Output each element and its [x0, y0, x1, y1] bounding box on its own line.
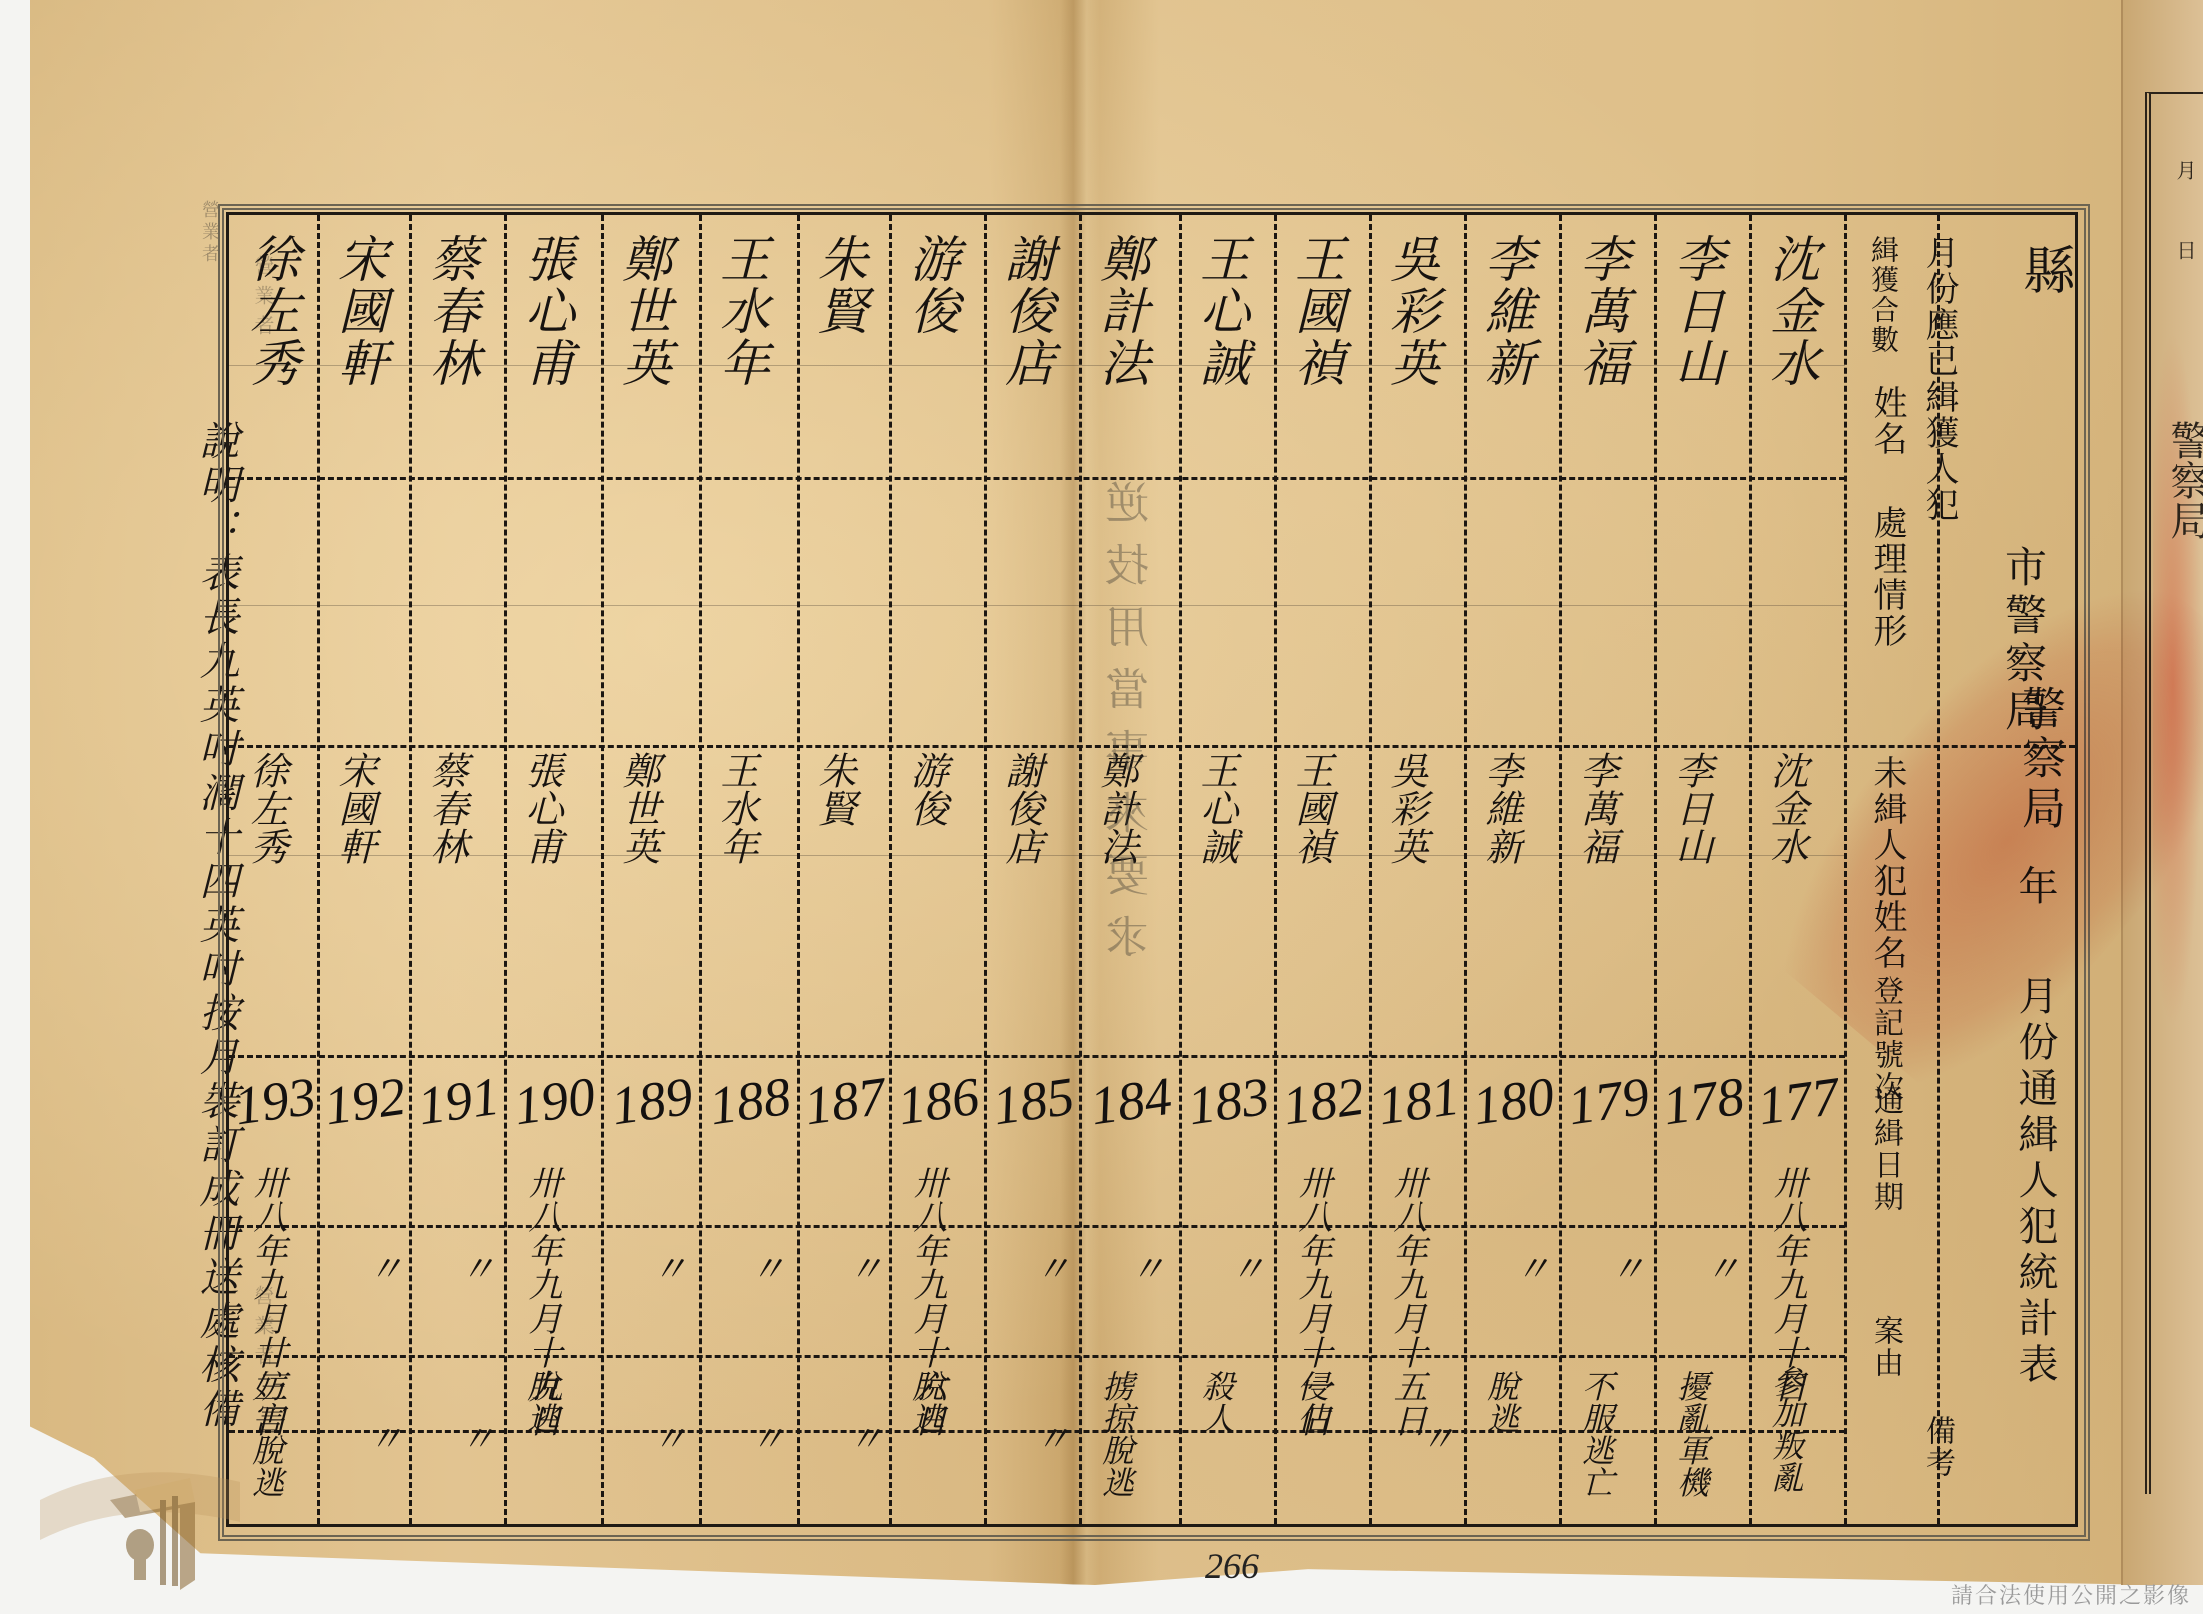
record-crime: 脫逃 — [1478, 1370, 1524, 1434]
record-name: 沈金水 — [1755, 233, 1827, 389]
record-reg-no: 177 — [1747, 1064, 1850, 1139]
header-wanted-date: 通緝日期 — [1863, 1085, 1907, 1213]
record-column: 宋國軒 宋國軒 192 〃 〃 — [317, 215, 409, 1524]
record-name: 蔡春林 — [415, 233, 487, 389]
record-name: 謝俊店 — [990, 233, 1062, 389]
record-crime: 不服逃亡 — [1573, 1370, 1619, 1498]
record-name: 王心誠 — [1185, 233, 1257, 389]
record-column: 朱賢 朱賢 187 〃 〃 — [797, 215, 889, 1524]
record-ditto: 〃 — [1219, 1250, 1270, 1292]
record-name-copy: 蔡春林 — [419, 751, 474, 865]
adjacent-label: 月 — [2171, 160, 2200, 180]
record-reg-no: 191 — [407, 1064, 510, 1139]
record-column: 李維新 李維新 180 〃 脫逃 — [1464, 215, 1559, 1524]
archive-logo-icon — [40, 1430, 240, 1590]
record-name: 朱賢 — [803, 233, 875, 337]
record-column: 謝俊店 謝俊店 185 〃 〃 — [984, 215, 1079, 1524]
mirrored-background-text: 逆技用當事來要求 — [1100, 480, 1160, 1300]
record-crime: 脫逃 — [518, 1370, 564, 1434]
record-column: 王心誠 王心誠 183 〃 殺人 — [1179, 215, 1274, 1524]
record-name-copy: 鄭世英 — [611, 751, 666, 865]
record-name: 王國禎 — [1280, 233, 1352, 389]
record-reg-no: 190 — [502, 1064, 607, 1139]
record-name: 李維新 — [1470, 233, 1542, 389]
record-name: 鄭世英 — [607, 233, 679, 389]
record-name-copy: 李維新 — [1474, 751, 1529, 865]
record-column: 徐左秀 徐左秀 193 卅八年九月廿三日 妨害脫逃 — [229, 215, 317, 1524]
record-reg-no: 183 — [1177, 1064, 1280, 1139]
record-column: 王水年 王水年 188 〃 〃 — [699, 215, 797, 1524]
record-name-copy: 游俊 — [899, 751, 954, 827]
record-reg-no: 182 — [1272, 1064, 1375, 1139]
record-reg-no: 188 — [697, 1063, 803, 1138]
record-ditto: 〃 — [357, 1250, 408, 1292]
record-reg-no: 179 — [1557, 1064, 1660, 1139]
record-name-copy: 朱賢 — [807, 751, 862, 827]
record-name: 張心甫 — [510, 233, 582, 389]
record-reg-no: 189 — [599, 1063, 705, 1138]
record-crime: 〃 — [449, 1420, 500, 1462]
record-ditto: 〃 — [1694, 1250, 1745, 1292]
record-crime: 擾亂軍機 — [1668, 1370, 1714, 1498]
record-reg-no: 192 — [315, 1064, 415, 1138]
record-name: 宋國軒 — [323, 233, 395, 389]
record-crime: 掳掠脫逃 — [1093, 1370, 1139, 1498]
record-column: 張心甫 張心甫 190 卅八年九月十九日 脫逃 — [504, 215, 601, 1524]
record-name: 李萬福 — [1565, 233, 1637, 389]
record-column: 李萬福 李萬福 179 〃 不服逃亡 — [1559, 215, 1654, 1524]
record-name: 游俊 — [895, 233, 967, 337]
header-monthly-due: 月份應已緝獲人犯 — [1915, 235, 1964, 523]
record-crime: 〃 — [357, 1420, 408, 1462]
record-reg-no: 180 — [1462, 1064, 1565, 1139]
record-column: 鄭世英 鄭世英 189 〃 〃 — [601, 215, 699, 1524]
record-name: 鄭計法 — [1085, 233, 1157, 389]
record-column: 李日山 李日山 178 〃 擾亂軍機 — [1654, 215, 1749, 1524]
record-ditto: 〃 — [449, 1250, 500, 1292]
record-crime: 〃 — [837, 1420, 888, 1462]
record-column: 王國禎 王國禎 182 卅八年九月十一日 侵佔 — [1274, 215, 1369, 1524]
record-crime: 殺人 — [1193, 1370, 1239, 1434]
header-captured-count: 緝獲合數 — [1863, 235, 1903, 355]
watermark: 請合法使用公開之影像 — [1951, 1579, 2191, 1610]
record-name-copy: 李萬福 — [1569, 751, 1624, 865]
title-province: 縣 — [2007, 243, 2082, 301]
record-column: 吳彩英 吳彩英 181 卅八年九月十五日 〃 — [1369, 215, 1464, 1524]
header-handling: 處理情形 — [1863, 505, 1912, 649]
record-crime: 參加叛亂 — [1763, 1365, 1809, 1493]
record-crime: 脫逃 — [903, 1370, 949, 1434]
record-ditto: 〃 — [1024, 1250, 1075, 1292]
record-name: 吳彩英 — [1375, 233, 1447, 389]
page-number: 266 — [1205, 1545, 1259, 1587]
record-reg-no: 181 — [1367, 1064, 1470, 1139]
record-column: 游俊 游俊 186 卅八年九月十六日 脫逃 — [889, 215, 984, 1524]
record-name-copy: 李日山 — [1664, 751, 1719, 865]
header-remarks: 備考 — [1915, 1415, 1959, 1479]
record-name-copy: 宋國軒 — [327, 751, 382, 865]
record-reg-no: 178 — [1652, 1064, 1755, 1139]
record-reg-no: 193 — [227, 1064, 323, 1138]
record-ditto: 〃 — [739, 1250, 790, 1292]
record-name: 徐左秀 — [235, 233, 307, 389]
record-name-copy: 徐左秀 — [239, 751, 294, 865]
record-ditto: 〃 — [641, 1250, 692, 1292]
record-reg-no: 187 — [795, 1064, 895, 1138]
record-ditto: 〃 — [1504, 1250, 1555, 1292]
record-crime: 妨害脫逃 — [243, 1370, 289, 1498]
record-crime: 〃 — [1409, 1420, 1460, 1462]
record-ditto: 〃 — [1599, 1250, 1650, 1292]
record-reg-no: 186 — [887, 1064, 990, 1139]
record-crime: 〃 — [739, 1420, 790, 1462]
record-date: 卅八年九月十五日 — [1383, 1165, 1432, 1437]
record-name-copy: 王國禎 — [1284, 751, 1339, 865]
record-crime: 〃 — [641, 1420, 692, 1462]
record-name: 李日山 — [1660, 233, 1732, 389]
record-name-copy: 王心誠 — [1189, 751, 1244, 865]
record-crime: 〃 — [1024, 1420, 1075, 1462]
header-case: 案由 — [1863, 1315, 1907, 1379]
adjacent-label: 警察局 — [2159, 420, 2203, 540]
record-name-copy: 沈金水 — [1759, 751, 1814, 865]
adjacent-label: 日 — [2171, 240, 2200, 260]
record-name-copy: 張心甫 — [514, 751, 569, 865]
record-reg-no: 185 — [982, 1064, 1085, 1139]
record-name-copy: 王水年 — [709, 751, 764, 865]
record-name: 王水年 — [705, 233, 777, 389]
record-column: 蔡春林 蔡春林 191 〃 〃 — [409, 215, 504, 1524]
record-ditto: 〃 — [837, 1250, 888, 1292]
header-name: 姓名 — [1863, 385, 1912, 457]
record-crime: 侵佔 — [1288, 1370, 1334, 1434]
record-name-copy: 吳彩英 — [1379, 751, 1434, 865]
record-name-copy: 謝俊店 — [994, 751, 1049, 865]
